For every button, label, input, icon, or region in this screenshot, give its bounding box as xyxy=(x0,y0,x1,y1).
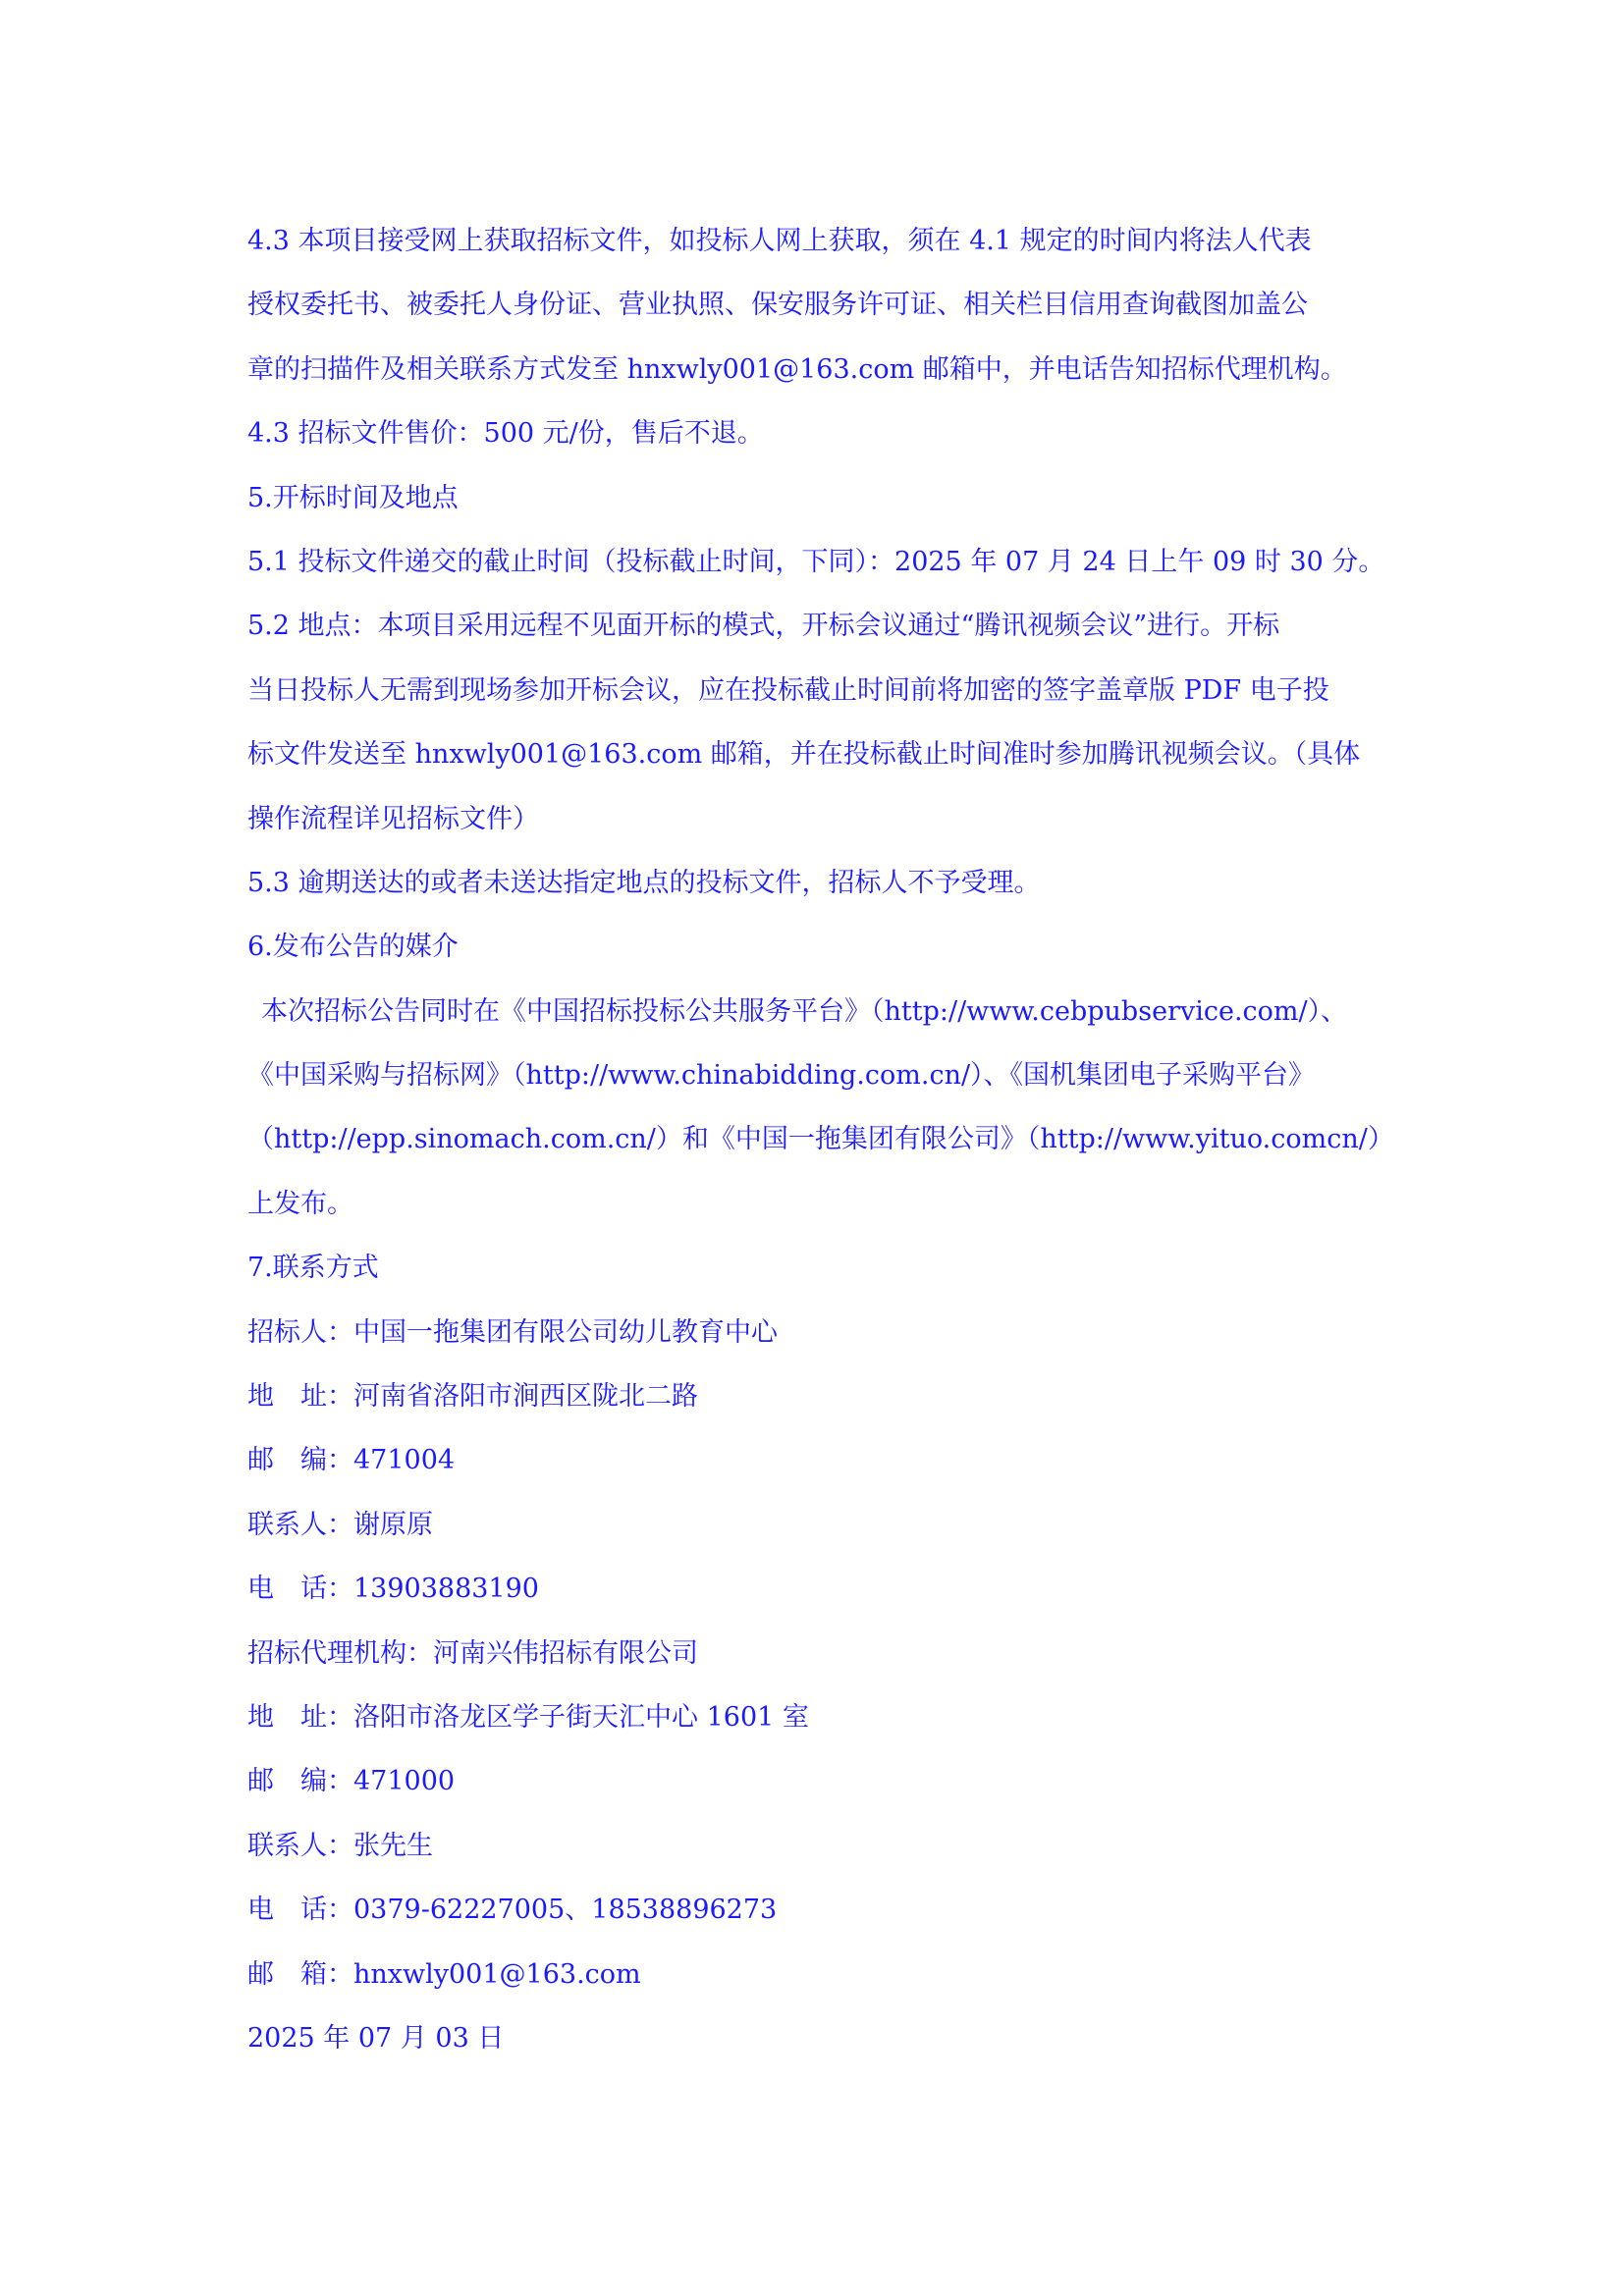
tenderer-contact-value: 谢原原 xyxy=(353,1510,433,1540)
tenderer-phone-row: 电 话：13903883190 xyxy=(247,1557,1391,1621)
section-4-3-line-1: 4.3 本项目接受网上获取招标文件，如投标人网上获取，须在 4.1 规定的时间内… xyxy=(247,209,1391,273)
agency-email-label: 邮 箱： xyxy=(247,1943,353,2006)
section-6-line-3: （http://epp.sinomach.com.cn/）和《中国一拖集团有限公… xyxy=(247,1107,1391,1171)
tenderer-postcode-label: 邮 编： xyxy=(247,1428,353,1492)
announcement-date: 2025 年 07 月 03 日 xyxy=(247,2006,1391,2070)
agency-postcode-value: 471000 xyxy=(353,1766,455,1796)
tenderer-address-value: 河南省洛阳市涧西区陇北二路 xyxy=(353,1381,698,1412)
tenderer-name-value: 中国一拖集团有限公司幼儿教育中心 xyxy=(353,1317,778,1348)
agency-address-value: 洛阳市洛龙区学子街天汇中心 1601 室 xyxy=(353,1702,809,1733)
agency-address-label: 地 址： xyxy=(247,1685,353,1749)
agency-email-value: hnxwly001@163.com xyxy=(353,1959,641,1990)
tenderer-name-label: 招标人： xyxy=(247,1301,353,1364)
agency-phone-value: 0379-62227005、18538896273 xyxy=(353,1895,777,1925)
agency-name-row: 招标代理机构：河南兴伟招标有限公司 xyxy=(247,1622,1391,1685)
tenderer-address-row: 地 址：河南省洛阳市涧西区陇北二路 xyxy=(247,1364,1391,1428)
agency-name-label: 招标代理机构： xyxy=(247,1622,433,1685)
agency-contact-label: 联系人： xyxy=(247,1814,353,1878)
section-6-line-2: 《中国采购与招标网》（http://www.chinabidding.com.c… xyxy=(247,1043,1391,1107)
section-6-heading: 6.发布公告的媒介 xyxy=(247,915,1391,979)
section-5-2-line-3: 标文件发送至 hnxwly001@163.com 邮箱，并在投标截止时间准时参加… xyxy=(247,722,1391,786)
agency-postcode-row: 邮 编：471000 xyxy=(247,1749,1391,1813)
agency-email-row: 邮 箱：hnxwly001@163.com xyxy=(247,1943,1391,2006)
section-5-1-deadline: 5.1 投标文件递交的截止时间（投标截止时间，下同）：2025 年 07 月 2… xyxy=(247,530,1391,594)
tenderer-contact-label: 联系人： xyxy=(247,1493,353,1557)
tenderer-contact-row: 联系人：谢原原 xyxy=(247,1493,1391,1557)
section-7-heading: 7.联系方式 xyxy=(247,1236,1391,1300)
tenderer-phone-label: 电 话： xyxy=(247,1557,353,1621)
agency-name-value: 河南兴伟招标有限公司 xyxy=(433,1638,698,1669)
section-4-3-line-3: 章的扫描件及相关联系方式发至 hnxwly001@163.com 邮箱中，并电话… xyxy=(247,338,1391,401)
section-4-3-price: 4.3 招标文件售价：500 元/份，售后不退。 xyxy=(247,401,1391,465)
agency-phone-label: 电 话： xyxy=(247,1878,353,1942)
section-6-line-4: 上发布。 xyxy=(247,1172,1391,1236)
tenderer-postcode-value: 471004 xyxy=(353,1445,455,1475)
agency-contact-row: 联系人：张先生 xyxy=(247,1814,1391,1878)
section-4-3-line-2: 授权委托书、被委托人身份证、营业执照、保安服务许可证、相关栏目信用查询截图加盖公 xyxy=(247,273,1391,337)
section-5-3: 5.3 逾期送达的或者未送达指定地点的投标文件，招标人不予受理。 xyxy=(247,851,1391,915)
agency-address-row: 地 址：洛阳市洛龙区学子街天汇中心 1601 室 xyxy=(247,1685,1391,1749)
document-page: 4.3 本项目接受网上获取招标文件，如投标人网上获取，须在 4.1 规定的时间内… xyxy=(247,209,1391,2070)
section-5-heading: 5.开标时间及地点 xyxy=(247,466,1391,530)
tenderer-address-label: 地 址： xyxy=(247,1364,353,1428)
tenderer-phone-value: 13903883190 xyxy=(353,1574,539,1604)
agency-contact-value: 张先生 xyxy=(353,1831,433,1861)
section-6-line-1: 本次招标公告同时在《中国招标投标公共服务平台》（http://www.cebpu… xyxy=(247,980,1391,1043)
section-5-2-line-1: 5.2 地点：本项目采用远程不见面开标的模式，开标会议通过“腾讯视频会议”进行。… xyxy=(247,594,1391,658)
agency-postcode-label: 邮 编： xyxy=(247,1749,353,1813)
tenderer-name-row: 招标人：中国一拖集团有限公司幼儿教育中心 xyxy=(247,1301,1391,1364)
agency-phone-row: 电 话：0379-62227005、18538896273 xyxy=(247,1878,1391,1942)
tenderer-postcode-row: 邮 编：471004 xyxy=(247,1428,1391,1492)
section-5-2-line-4: 操作流程详见招标文件） xyxy=(247,787,1391,851)
section-5-2-line-2: 当日投标人无需到现场参加开标会议，应在投标截止时间前将加密的签字盖章版 PDF … xyxy=(247,659,1391,722)
